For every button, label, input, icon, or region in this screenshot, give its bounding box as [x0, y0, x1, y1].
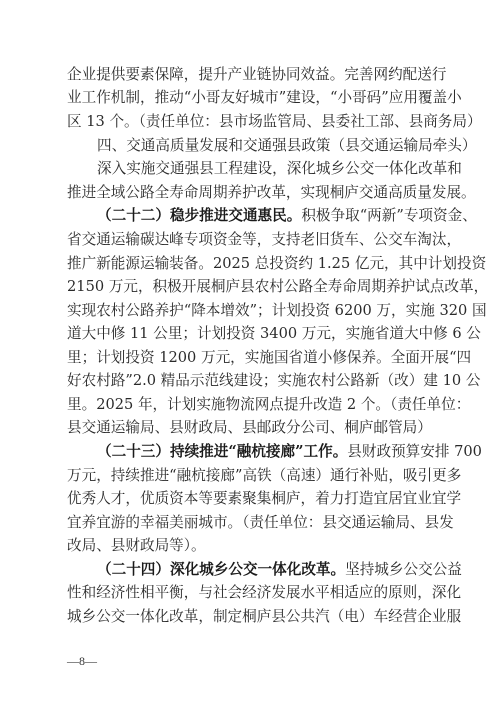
text-line: 深入实施交通强县工程建设，深化城乡公交一体化改革和 — [97, 159, 434, 179]
text-line: 好农村路”2.0 精品示范线建设；实施农村公路新（改）建 10 公 — [67, 371, 434, 391]
subsection-24-heading: （二十四）深化城乡公交一体化改革。 — [97, 561, 345, 578]
text-line: 县交通运输局、县财政局、县邮政分公司、桐庐邮管局） — [67, 418, 434, 438]
page-number: —8— — [67, 653, 97, 669]
section-heading: 四、交通高质量发展和交通强县政策（县交通运输局牵头） — [97, 136, 434, 156]
text-line: 性和经济性相平衡，与社会经济发展水平相适应的原则，深化 — [67, 583, 434, 603]
text-line: 推进全域公路全寿命周期养护改革，实现桐庐交通高质量发展。 — [67, 183, 434, 203]
subsection-22-first-line: （二十二）稳步推进交通惠民。积极争取“两新”专项资金、 — [97, 206, 434, 226]
text-line: 城乡公交一体化改革，制定桐庐县公共汽（电）车经营企业服 — [67, 607, 434, 627]
text-span: 积极争取“两新”专项资金、 — [301, 207, 476, 224]
text-line: 道大中修 11 公里；计划投资 3400 万元，实施省道大中修 6 公 — [67, 324, 434, 344]
text-line: 2150 万元，积极开展桐庐县农村公路全寿命周期养护试点改革， — [67, 277, 434, 297]
subsection-24-first-line: （二十四）深化城乡公交一体化改革。坚持城乡公交公益 — [97, 560, 434, 580]
text-line: 万元，持续推进“融杭接廊”高铁（高速）通行补贴，吸引更多 — [67, 466, 434, 486]
text-line: 实现农村公路养护“降本增效”；计划投资 6200 万，实施 320 国 — [67, 301, 434, 321]
text-line: 里；计划投资 1200 万元，实施国省道小修保养。全面开展“四 — [67, 348, 434, 368]
subsection-23-heading: （二十三）持续推进“融杭接廊”工作。 — [97, 443, 347, 460]
text-line: 宜养宜游的幸福美丽城市。（责任单位：县交通运输局、县发 — [67, 513, 434, 533]
text-span: 坚持城乡公交公益 — [345, 561, 462, 578]
text-line: 推广新能源运输装备。2025 总投资约 1.25 亿元，其中计划投资 — [67, 254, 434, 274]
text-span: 县财政预算安排 700 — [347, 443, 482, 460]
text-line: 省交通运输碳达峰专项资金等，支持老旧货车、公交车淘汰， — [67, 230, 434, 250]
text-line: 企业提供要素保障，提升产业链协同效益。完善网约配送行 — [67, 65, 434, 85]
text-line: 优秀人才，优质资本等要素聚集桐庐，着力打造宜居宜业宜学 — [67, 489, 434, 509]
document-page: 企业提供要素保障，提升产业链协同效益。完善网约配送行 业工作机制，推动“小哥友好… — [0, 0, 500, 707]
subsection-22-heading: （二十二）稳步推进交通惠民。 — [97, 207, 301, 224]
text-line: 业工作机制，推动“小哥友好城市”建设，“小哥码”应用覆盖小 — [67, 88, 434, 108]
text-line: 里。2025 年，计划实施物流网点提升改造 2 个。（责任单位： — [67, 395, 434, 415]
subsection-23-first-line: （二十三）持续推进“融杭接廊”工作。县财政预算安排 700 — [97, 442, 434, 462]
text-line: 区 13 个。（责任单位：县市场监管局、县委社工部、县商务局） — [67, 112, 434, 132]
text-line: 改局、县财政局等）。 — [67, 536, 434, 556]
